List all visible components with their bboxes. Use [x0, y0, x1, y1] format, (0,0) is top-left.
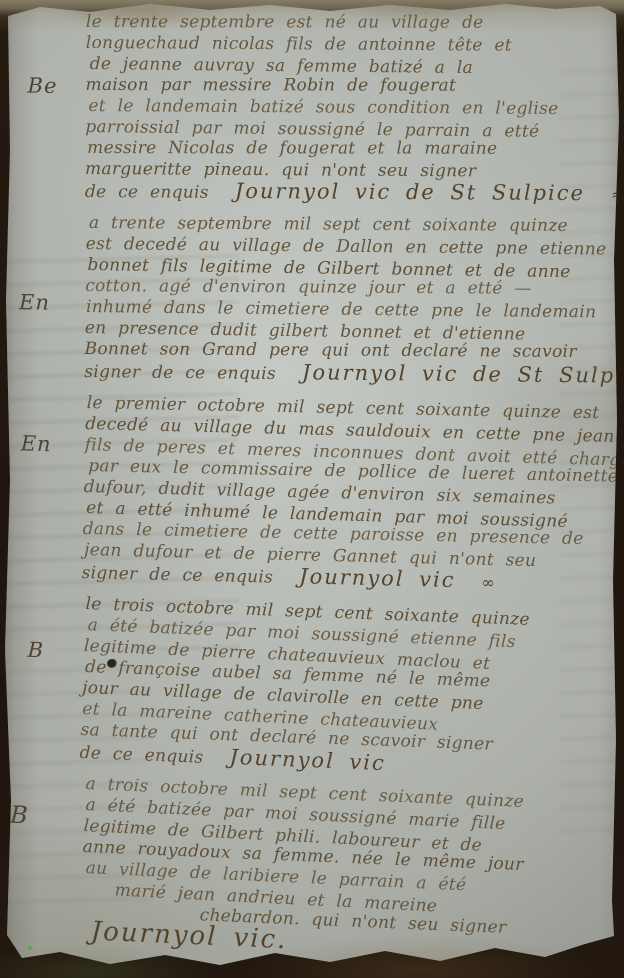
- handwritten-line: margueritte pineau. qui n'ont seu signer: [85, 159, 615, 183]
- margin-annotation: En: [19, 290, 50, 314]
- closing-phrase: de ce enquis: [79, 743, 204, 769]
- handwritten-line: et le landemain batizé sous condition en…: [88, 96, 615, 120]
- closing-phrase: signer de ce enquis: [81, 563, 273, 589]
- signature-flourish: ∞: [481, 572, 494, 593]
- signature-line: signer de ce enquisJournyol vic de St Su…: [84, 360, 614, 389]
- handwritten-line: longuechaud nicolas fils de antoinne têt…: [86, 33, 616, 57]
- green-speck: [28, 946, 32, 950]
- handwritten-line: le trente septembre est né au village de: [86, 12, 616, 34]
- margin-annotation: B: [27, 638, 44, 663]
- priest-signature: Journyol vic de St Sulpice: [302, 362, 624, 387]
- handwritten-line: Bonnet son Grand pere qui ont declaré ne…: [85, 339, 615, 363]
- signature-line: de ce enquisJournyol vic de St Sulpice≈≈: [85, 180, 615, 206]
- priest-signature: Journyol vic de St Sulpice: [235, 181, 585, 204]
- margin-annotation: En: [20, 431, 51, 456]
- photo-backdrop: Bele trente septembre est né au village …: [0, 0, 624, 978]
- manuscript-page: Bele trente septembre est né au village …: [0, 0, 624, 978]
- handwritten-line: cotton. agé d'environ quinze jour et a e…: [85, 276, 615, 300]
- handwritten-line: messire Nicolas de fougerat et la marain…: [87, 138, 615, 160]
- margin-annotation: Be: [27, 74, 57, 98]
- handwritten-line: maison par messire Robin de fougerat: [86, 75, 616, 97]
- handwritten-line: a trente septembre mil sept cent soixant…: [89, 213, 616, 237]
- priest-signature: Journyol vic: [299, 566, 456, 591]
- register-entry: Ble trois octobre mil sept cent soixante…: [79, 594, 615, 785]
- closing-phrase: signer de ce enquis: [84, 362, 276, 385]
- register-entries: Bele trente septembre est né au village …: [86, 12, 616, 952]
- register-entry: Bele trente septembre est né au village …: [85, 12, 616, 206]
- closing-phrase: de ce enquis: [85, 182, 209, 204]
- register-entry: Ba trois octobre mil sept cent soixante …: [78, 774, 615, 966]
- margin-annotation: B: [9, 801, 29, 830]
- signature-flourish: ≈≈: [611, 184, 624, 205]
- register-entry: Ena trente septembre mil sept cent soixa…: [84, 213, 616, 389]
- register-entry: Enle premier octobre mil sept cent soixa…: [81, 393, 616, 597]
